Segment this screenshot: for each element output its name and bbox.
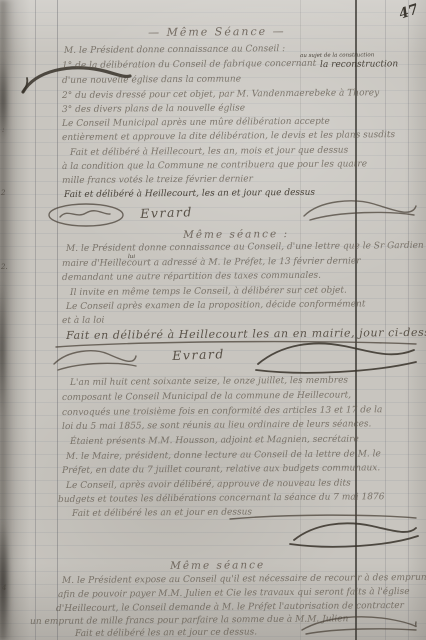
manuscript-line: d'une nouvelle église dans la commune bbox=[62, 74, 241, 86]
manuscript-line: convoqués une troisième fois en conformi… bbox=[62, 405, 382, 418]
section-header: Même séance : bbox=[183, 228, 289, 241]
manuscript-line: Le Conseil Municipal après une mûre déli… bbox=[62, 117, 330, 129]
margin-mark: : bbox=[2, 126, 4, 134]
manuscript-line: 3° des divers plans de la nouvelle églis… bbox=[62, 103, 245, 115]
manuscript-line: Fait et délibéré à Heillecourt, les an, … bbox=[70, 146, 348, 158]
manuscript-line: Étaient présents M.M. Housson, adjoint e… bbox=[70, 434, 359, 447]
manuscript-line: Fait et délibéré à Heillecourt, les an e… bbox=[64, 188, 315, 200]
page-number: 47 bbox=[397, 1, 420, 22]
manuscript-line: et à la loi bbox=[62, 316, 104, 326]
manuscript-line: mille francs votés le treize février der… bbox=[62, 174, 253, 186]
manuscript-line: M. le Président donne connaissance au Co… bbox=[64, 44, 285, 56]
manuscript-line: composant le Conseil Municipal de la com… bbox=[62, 390, 351, 403]
interline-note: au sujet de la construction bbox=[300, 52, 374, 59]
manuscript-line: Fait et délibéré les an et jour ce dessu… bbox=[75, 627, 257, 639]
manuscript-line: Le Conseil après examen de la propositio… bbox=[66, 299, 365, 312]
manuscript-line: maire d'Heillecourt a adressé à M. le Pr… bbox=[62, 256, 361, 269]
signature-evrard: Evrard bbox=[172, 346, 225, 363]
manuscript-line: budgets et toutes les délibérations conc… bbox=[58, 492, 384, 505]
inline-addition: la reconstruction bbox=[320, 59, 398, 70]
manuscript-line: M. le Président expose au Conseil qu'il … bbox=[62, 573, 426, 586]
margin-mark: 4 bbox=[2, 584, 6, 592]
manuscript-line: M. le Président donne connaissance au Co… bbox=[66, 241, 424, 254]
signature-circled bbox=[46, 202, 126, 228]
manuscript-line: 2° du devis dressé pour cet objet, par M… bbox=[62, 88, 379, 101]
section-header: Même séance bbox=[170, 559, 265, 572]
manuscript-line: à la condition que la Commune ne contrib… bbox=[62, 159, 367, 172]
manuscript-line: loi du 5 mai 1855, se sont réunis au lie… bbox=[62, 419, 371, 432]
margin-mark: 2. bbox=[1, 263, 8, 271]
manuscript-page: 47 — Même Séance — M. le Président donne… bbox=[0, 0, 426, 640]
margin-mark: 2 bbox=[1, 189, 5, 197]
manuscript-line: L'an mil huit cent soixante seize, le on… bbox=[70, 376, 348, 388]
signature-flourish bbox=[298, 612, 420, 638]
manuscript-line: Préfet, en date du 7 juillet courant, re… bbox=[62, 463, 380, 476]
manuscript-line: Le Conseil, après avoir délibéré, approu… bbox=[66, 479, 351, 491]
signature-flourish bbox=[48, 344, 140, 374]
manuscript-line: Il invite en même temps le Conseil, à dé… bbox=[70, 286, 347, 298]
manuscript-line: M. le Maire, président, donne lecture au… bbox=[66, 449, 381, 462]
manuscript-line: entièrement et approuve la dite délibéra… bbox=[62, 130, 395, 143]
signature-flourish bbox=[288, 518, 420, 550]
manuscript-line: Fait et délibéré les an et jour en dessu… bbox=[72, 507, 252, 519]
manuscript-line: demandant une autre répartition des taxe… bbox=[62, 271, 321, 283]
signature-flourish bbox=[252, 338, 420, 376]
manuscript-line: 1° de la délibération du Conseil de fabr… bbox=[62, 59, 316, 71]
section-header: — Même Séance — bbox=[148, 25, 286, 39]
signature-evrard: Evrard bbox=[140, 204, 193, 221]
signature-flourish bbox=[298, 196, 420, 224]
